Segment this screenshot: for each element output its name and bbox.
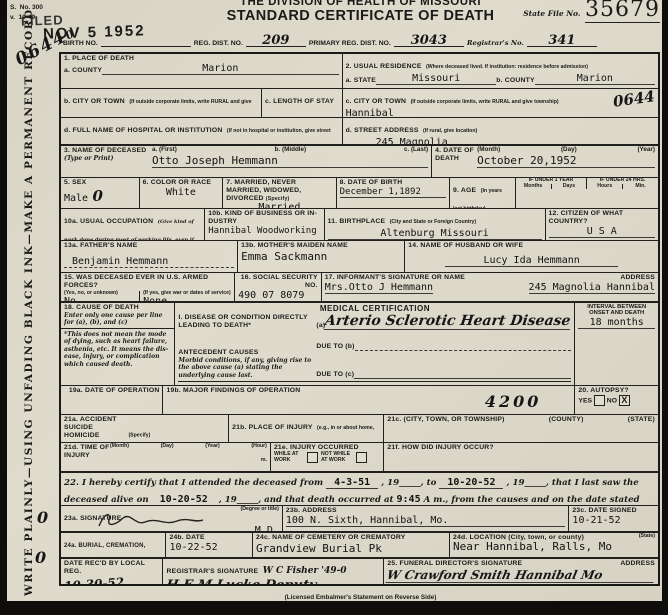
certify-no: 22. — [64, 478, 79, 488]
residence-county-value: Marion — [535, 73, 655, 85]
autopsy-yes-label: YES — [578, 397, 592, 404]
citizen-label: 12. CITIZEN OF WHAT COUNTRY? — [549, 210, 655, 226]
while-at-work-checkbox — [307, 452, 318, 463]
cause-of-death-note-cell: 18. CAUSE OF DEATH Enter only one cause … — [61, 303, 174, 385]
autopsy-no-label: NO — [607, 397, 617, 404]
burial-type-cell: 24a. BURIAL, CREMA­TION, REMOVAL (Specif… — [61, 533, 165, 557]
injury-year-label: (Year) — [205, 444, 219, 450]
row-medical-certification: 18. CAUSE OF DEATH Enter only one cause … — [61, 301, 658, 385]
interval-cell: INTERVAL BETWEEN ONSET AND DEATH 18 mont… — [574, 303, 658, 385]
length-of-stay-cell: c. LENGTH OF STAY (In this place) — [261, 89, 342, 117]
autopsy-cell: 20. AUTOPSY? YES NO X — [574, 386, 658, 414]
left-margin: S. No. 300 v. 10-49 FILED 06440 WRITE PL… — [7, 0, 59, 601]
autopsy-label: 20. AUTOPSY? — [578, 387, 655, 395]
registrar-signature-cell: REGISTRAR'S SIGNATURE W C Fisher '49-0 H… — [162, 559, 383, 584]
age-label: 9. AGE — [453, 187, 476, 194]
row-burial: 24a. BURIAL, CREMA­TION, REMOVAL (Specif… — [61, 531, 658, 557]
time-of-injury-cell: 21d. TIME OF INJURY (Month) (Day) (Year)… — [61, 443, 270, 471]
dob-cell: 8. DATE OF BIRTH December 1,1892 — [336, 178, 449, 208]
race-value: White — [143, 187, 220, 198]
place-of-death-title: 1. PLACE OF DEATH — [64, 55, 339, 63]
sex-label: 5. SEX — [64, 179, 136, 187]
registrar-signature-hand-1: W C Fisher '49-0 — [263, 566, 347, 576]
burial-date-label: 24b. DATE — [169, 534, 249, 542]
armed-forces-label: 15. WAS DECEASED EVER IN U.S. ARMED FORC… — [61, 273, 234, 291]
race-label: 6. COLOR OR RACE — [143, 179, 220, 187]
hospital-label: d. FULL NAME OF HOSPITAL OR INSTITUTION — [64, 127, 222, 134]
medical-certification-title: MEDICAL CERTIFICATION — [178, 304, 571, 313]
death-time-ampm-hand: A — [424, 495, 431, 505]
injury-m-suffix: m. — [110, 458, 267, 464]
name-note: (Type or Print) — [64, 155, 152, 163]
first-name-label: a. (First) — [152, 147, 177, 154]
findings-cell: 19b. MAJOR FINDINGS OF OPERATION 4200 — [162, 386, 574, 414]
state-label: a. STATE — [346, 77, 376, 85]
min-label: Min. — [623, 184, 658, 190]
burial-type-label: 24a. BURIAL, CREMA­TION, REMOVAL — [64, 543, 146, 557]
row-registrar: DATE REC'D BY LOCAL REG. 10-30-52 REGIST… — [61, 557, 658, 584]
hours-label: Hours — [587, 184, 623, 190]
not-while-at-work-label: NOT WHILE AT WORK — [321, 452, 353, 463]
physician-signature-scribble — [91, 510, 221, 530]
injury-county-label: (COUNTY) — [549, 416, 584, 424]
hospital-cell: d. FULL NAME OF HOSPITAL OR INSTITUTION … — [61, 118, 342, 144]
physician-address-cell: 23b. ADDRESS 100 N. Sixth, Hannibal, Mo. — [282, 506, 569, 531]
physician-address-value: 100 N. Sixth, Hannibal, Mo. — [286, 515, 566, 527]
ssn-value: 490 07 8079 — [238, 290, 318, 301]
state-file-number-block: State File No. 35679 — [523, 0, 660, 21]
date-of-operation-label: 19a. DATE OF OPERA­TION — [64, 387, 159, 395]
row-name-dod: 3. NAME OF DECEASED (Type or Print) a. (… — [61, 144, 658, 177]
row-physician: 23a. SIGNATURE (Degree or title) M.D. 23… — [61, 505, 658, 531]
funeral-director-cell: 25. FUNERAL DIRECTOR'S SIGNATURE ADDRESS… — [383, 559, 658, 584]
days-label: Days — [552, 184, 587, 190]
signature-cell: 23a. SIGNATURE (Degree or title) M.D. — [61, 506, 282, 531]
cemetery-cell: 24c. NAME OF CEMETERY OR CREMATORY Grand… — [252, 533, 449, 557]
primary-reg-dist-value: 3043 — [394, 36, 464, 47]
injury-state-label: (STATE) — [628, 416, 655, 424]
date-of-death-label: 4. DATE OF DEATH — [435, 147, 477, 176]
dob-value: December 1,1892 — [340, 187, 446, 198]
last-seen-alive-value: 10-20-52 — [152, 494, 216, 505]
death-city-label: b. CITY OR TOWN — [64, 98, 125, 105]
birthplace-note: (City and State or Foreign Country) — [390, 219, 476, 225]
ssn-cell: 16. SOCIAL SECURITY NO. 490 07 8079 — [234, 273, 321, 301]
name-of-deceased-cell: 3. NAME OF DECEASED (Type or Print) a. (… — [61, 146, 431, 177]
marital-cell: 7. MARRIED, NEVER MARRIED, WIDOWED, DIVO… — [222, 178, 335, 208]
cause-note-2: *This does not mean the mode of dying, s… — [61, 329, 174, 371]
burial-location-value: Near Hannibal, Ralls, Mo — [453, 540, 655, 553]
residence-title: 2. USUAL RESIDENCE — [346, 63, 422, 70]
injury-location-cell: 21c. (CITY, TOWN, OR TOWNSHIP) (COUNTY) … — [383, 415, 658, 442]
residence-county-label: b. COUNTY — [496, 77, 534, 85]
attended-from-value: 4-3-51 — [326, 477, 378, 489]
death-county-value: Marion — [102, 63, 339, 75]
citizen-value: U S A — [549, 226, 655, 238]
cause-of-death-label: 18. CAUSE OF DEATH — [64, 304, 171, 312]
dod-year-label: (Year) — [637, 147, 655, 154]
injury-occurred-cell: 21e. INJURY OCCURRED WHILE AT WORK NOT W… — [270, 443, 383, 471]
last-name-label: c. (Last) — [404, 147, 428, 154]
date-signed-cell: 23c. DATE SIGNED 10-21-52 — [568, 506, 658, 531]
length-of-stay-label: c. LENGTH OF STAY — [265, 98, 334, 105]
due-to-c-label: DUE TO (c) — [316, 371, 354, 379]
marital-value: Married — [226, 202, 332, 208]
registrar-no-label: Registrar's No. — [467, 39, 524, 47]
accident-note: (Specify) — [128, 433, 150, 439]
middle-name-label: b. (Middle) — [275, 147, 306, 154]
residence-city-note: (If outside corporate limits, write RURA… — [411, 99, 559, 105]
cause-note-1: Enter only one cause per line for (a), (… — [64, 312, 171, 327]
mother-value: Emma Sackmann — [241, 250, 401, 263]
father-label: 13a. FATHER'S NAME — [64, 242, 234, 250]
informant-address-label: ADDRESS — [620, 274, 655, 282]
certificate-form: THE DIVISION OF HEALTH OF MISSOURI STAND… — [59, 0, 662, 601]
age-subcolumns: IF UNDER 1 YEAR Months Days IF UNDER 24 … — [515, 178, 658, 208]
row-forces-ssn-informant: 15. WAS DECEASED EVER IN U.S. ARMED FORC… — [61, 272, 658, 301]
burial-location-cell: 24d. LOCATION (City, town, or county) (S… — [449, 533, 658, 557]
usual-residence-cell: 2. USUAL RESIDENCE (Where deceased lived… — [342, 54, 658, 88]
funeral-director-label: 25. FUNERAL DIRECTOR'S SIGNATURE — [387, 560, 522, 568]
registrar-signature-label: REGISTRAR'S SIGNATURE — [166, 568, 258, 575]
reg-dist-value: 209 — [246, 36, 306, 47]
registrar-signature-hand-2: H E M Lucke Deputy — [165, 578, 382, 584]
ssn-label: 16. SOCIAL SECURITY NO. — [238, 274, 318, 290]
certificate-paper: S. No. 300 v. 10-49 FILED 06440 WRITE PL… — [7, 0, 662, 601]
margin-mark-2: 0 — [35, 548, 46, 567]
interval-value: 18 months — [578, 317, 655, 329]
margin-mark-1: 0 — [37, 508, 48, 527]
armed-forces-value1: No — [64, 296, 136, 301]
cemetery-label: 24c. NAME OF CEMETERY OR CREMATORY — [256, 534, 446, 542]
residence-city-label: c. CITY OR TOWN — [346, 98, 407, 105]
spouse-cell: 14. NAME OF HUSBAND OR WIFE Lucy Ida Hem… — [404, 241, 658, 272]
industry-label: 10b. KIND OF BUSINESS OR IN­DUSTRY — [208, 210, 320, 226]
primary-reg-dist-label: PRIMARY REG. DIST. NO. — [309, 40, 391, 47]
street-address-value: 245 Magnolia — [346, 137, 655, 144]
funeral-director-signature-hand: W Crawford Smith Hannibal Mo — [386, 568, 657, 583]
date-received-cell: DATE REC'D BY LOCAL REG. 10-30-52 — [61, 559, 162, 584]
street-address-note: (If rural, give location) — [423, 128, 477, 134]
row-hospital-street: d. FULL NAME OF HOSPITAL OR INSTITUTION … — [61, 117, 658, 144]
how-injury-cell: 21f. HOW DID INJURY OCCUR? — [383, 443, 658, 471]
county-label: a. COUNTY — [64, 67, 102, 75]
informant-address-value: 245 Magnolia Hannibal — [529, 282, 655, 294]
reverse-side-note: (Licensed Embalmer's Statement on Revers… — [59, 594, 662, 601]
informant-label: 17. INFORMANT'S SIGNATURE OR NAME — [325, 274, 465, 282]
dod-day-label: (Day) — [561, 147, 577, 154]
scanned-death-certificate: S. No. 300 v. 10-49 FILED 06440 WRITE PL… — [0, 0, 668, 615]
mother-cell: 13b. MOTHER'S MAIDEN NAME Emma Sackmann — [237, 241, 404, 272]
residence-file-code-hand: 0644 — [612, 89, 656, 111]
date-of-operation-cell: 19a. DATE OF OPERA­TION — [61, 386, 162, 414]
deceased-name-value: Otto Joseph Hemmann — [152, 154, 428, 168]
street-address-cell: d. STREET ADDRESS (If rural, give locati… — [342, 118, 658, 144]
industry-value: Hannibal Woodworking — [208, 226, 320, 236]
place-of-injury-label: 21b. PLACE OF INJURY — [232, 424, 312, 431]
birthplace-cell: 11. BIRTHPLACE (City and State or Foreig… — [324, 209, 545, 240]
dob-label: 8. DATE OF BIRTH — [340, 179, 446, 187]
interval-label: INTERVAL BETWEEN ONSET AND DEATH — [578, 304, 655, 317]
race-cell: 6. COLOR OR RACE White — [139, 178, 223, 208]
accident-cell: 21a. ACCIDENT SUICIDE HOMICIDE (Specify) — [61, 415, 228, 442]
sex-value: Male — [64, 193, 88, 204]
marital-label: 7. MARRIED, NEVER MARRIED, WIDOWED, DIVO… — [226, 179, 301, 202]
armed-forces-value2: None — [143, 296, 231, 301]
residence-title-note: (Where deceased lived. If institution: r… — [426, 64, 588, 70]
injury-month-label: (Month) — [110, 444, 129, 450]
medical-certification-cell: MEDICAL CERTIFICATION I. DISEASE OR COND… — [174, 303, 574, 385]
age-cell: 9. AGE (In years last birthday) 59 — [449, 178, 515, 208]
date-signed-value: 10-21-52 — [572, 515, 655, 526]
cemetery-value: Grandview Burial Pk — [256, 542, 446, 555]
citizen-cell: 12. CITIZEN OF WHAT COUNTRY? U S A — [545, 209, 658, 240]
row-parents: 13a. FATHER'S NAME Benjamin Hemmann 13b.… — [61, 240, 658, 272]
armed-forces-cell: 15. WAS DECEASED EVER IN U.S. ARMED FORC… — [61, 273, 234, 301]
sex-hand-mark: 0 — [93, 187, 103, 205]
row-occupation: 10a. USUAL OCCUPATION (Give kind of work… — [61, 208, 658, 240]
father-value: Benjamin Hemmann — [64, 256, 234, 268]
injury-city-label: 21c. (CITY, TOWN, OR TOWNSHIP) — [387, 416, 504, 424]
place-of-injury-cell: 21b. PLACE OF INJURY (e.g., in or about … — [228, 415, 383, 442]
mother-label: 13b. MOTHER'S MAIDEN NAME — [241, 242, 401, 250]
dod-month-label: (Month) — [477, 147, 500, 154]
margin-vertical-instruction: WRITE PLAINLY—USING UNFADING BLACK INK—M… — [23, 58, 35, 596]
place-of-death-cell: 1. PLACE OF DEATH a. COUNTY Marion — [61, 54, 342, 88]
residence-city-value: Hannibal — [346, 108, 516, 117]
date-signed-label: 23c. DATE SIGNED — [572, 507, 655, 515]
street-address-label: d. STREET ADDRESS — [346, 127, 419, 134]
row-injury-place: 21a. ACCIDENT SUICIDE HOMICIDE (Specify)… — [61, 414, 658, 442]
antecedent-note: Morbid conditions, if any, giving rise t… — [178, 357, 316, 380]
autopsy-yes-checkbox — [594, 395, 605, 406]
date-of-death-value: October 20,1952 — [477, 154, 655, 168]
informant-name-value: Mrs.Otto J Hemmann — [325, 282, 433, 294]
birthplace-value: Altenburg Missouri — [328, 228, 542, 240]
accident-label: 21a. ACCIDENT SUICIDE HOMICIDE — [64, 416, 124, 439]
row-operation-autopsy: 19a. DATE OF OPERA­TION 19b. MAJOR FINDI… — [61, 385, 658, 414]
burial-date-cell: 24b. DATE 10-22-52 — [165, 533, 252, 557]
certify-statement-cell: 22. I hereby certify that I attended the… — [61, 473, 658, 505]
marital-note: (Specify) — [266, 196, 290, 202]
row-sex-race-age: 5. SEX Male 0 6. COLOR OR RACE White 7. … — [61, 177, 658, 208]
reg-dist-label: REG. DIST. NO. — [194, 40, 243, 47]
row-injury-time: 21d. TIME OF INJURY (Month) (Day) (Year)… — [61, 442, 658, 471]
father-cell: 13a. FATHER'S NAME Benjamin Hemmann — [61, 241, 237, 272]
date-of-death-cell: 4. DATE OF DEATH (Month) (Day) (Year) Oc… — [431, 146, 658, 177]
residence-state-value: Missouri — [376, 73, 496, 85]
spouse-label: 14. NAME OF HUSBAND OR WIFE — [408, 242, 655, 250]
informant-cell: 17. INFORMANT'S SIGNATURE OR NAME ADDRES… — [321, 273, 658, 301]
date-received-stamp: NOV 5 1952 — [43, 22, 146, 43]
death-city-cell: b. CITY OR TOWN (If outside corporate li… — [61, 89, 261, 117]
disease-label: I. DISEASE OR CONDITION DIRECTLY LEADING… — [178, 314, 316, 330]
row-place-residence: 1. PLACE OF DEATH a. COUNTY Marion 2. US… — [61, 54, 658, 88]
cause-of-death-value: Arterio Sclerotic Heart Disease — [324, 313, 572, 330]
how-injury-label: 21f. HOW DID INJURY OCCUR? — [387, 444, 655, 452]
physician-address-label: 23b. ADDRESS — [286, 507, 566, 515]
injury-hour-label: (Hour) — [251, 444, 267, 450]
sex-cell: 5. SEX Male 0 — [61, 178, 139, 208]
burial-location-state-label: (State) — [639, 534, 655, 540]
autopsy-no-checkbox: X — [619, 395, 630, 406]
birthplace-label: 11. BIRTHPLACE — [328, 218, 386, 225]
while-at-work-label: WHILE AT WORK — [274, 452, 304, 463]
months-label: Months — [516, 184, 552, 190]
burial-date-value: 10-22-52 — [169, 542, 249, 553]
industry-cell: 10b. KIND OF BUSINESS OR IN­DUSTRY Hanni… — [204, 209, 323, 240]
spouse-value: Lucy Ida Hemmann — [445, 255, 618, 267]
state-file-label: State File No. — [523, 9, 580, 18]
registrar-no-value: 341 — [527, 36, 597, 47]
due-to-b-label: DUE TO (b) — [316, 343, 354, 351]
occupation-cell: 10a. USUAL OCCUPATION (Give kind of work… — [61, 209, 204, 240]
time-of-injury-label: 21d. TIME OF INJURY — [64, 444, 110, 470]
name-label: 3. NAME OF DECEASED — [64, 147, 152, 155]
row-certify-statement: 22. I hereby certify that I attended the… — [61, 471, 658, 505]
funeral-director-address-label: ADDRESS — [620, 560, 655, 568]
attended-to-value: 10-20-52 — [439, 477, 503, 489]
row-city: b. CITY OR TOWN (If outside corporate li… — [61, 88, 658, 117]
antecedent-label: ANTECEDENT CAUSES — [178, 349, 316, 357]
residence-city-cell: c. CITY OR TOWN (If outside corporate li… — [342, 89, 658, 117]
not-while-at-work-checkbox — [356, 452, 367, 463]
injury-day-label: (Day) — [161, 444, 174, 450]
form-grid: 1. PLACE OF DEATH a. COUNTY Marion 2. US… — [59, 52, 660, 586]
occupation-label: 10a. USUAL OCCUPATION — [64, 218, 153, 225]
degree-label: (Degree or title) — [241, 507, 279, 513]
death-time-value: 9:45 — [397, 494, 421, 505]
state-file-number: 35679 — [585, 0, 660, 23]
registration-line: BIRTH NO. REG. DIST. NO. 209 PRIMARY REG… — [63, 36, 660, 47]
